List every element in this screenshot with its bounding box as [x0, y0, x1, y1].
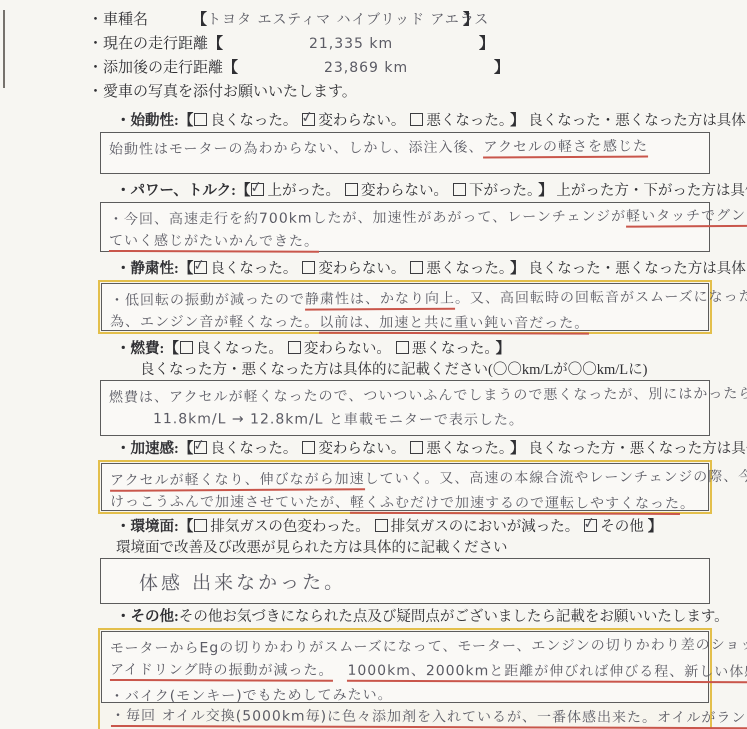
close-bracket: 】 — [494, 60, 509, 76]
handwritten-segment: 体感 出来なかった。 — [139, 571, 346, 594]
field-row-car-model: ・車種名【トヨタ エスティマ ハイブリッド アエラス】 — [88, 8, 713, 32]
section-label: ・加速感: — [116, 441, 179, 457]
handwritten-line: モーターからEgの切りかわりがスムーズになって、モーター、エンジンの切りかわり差… — [110, 633, 700, 661]
inline-note: 良くなった方・悪くなった方は具体的に記載ください。 — [528, 441, 747, 457]
field-label: ・添加後の走行距離 — [88, 56, 223, 80]
checkbox-option: 良くなった。 — [193, 113, 297, 129]
response-box: ・今回、高速走行を約700kmしたが、加速性があがって、レーンチェンジが軽いタッ… — [100, 202, 710, 252]
checkbox-icon — [584, 519, 597, 532]
handwritten-line: 11.8km/L → 12.8km/L と車載モニターで表示した。 — [109, 407, 701, 433]
note-below: 良くなった方・悪くなった方は具体的に記載ください(〇〇km/Lが〇〇km/Lに) — [88, 360, 713, 380]
handwritten-segment: 始動性はモーターの為わからない、しかし、添注入後、 — [109, 140, 484, 158]
inline-note: 良くなった・悪くなった方は具体的に記載ください — [528, 261, 747, 277]
handwritten-line: ていく感じがたいかんできた。 — [109, 229, 701, 255]
checkbox-option: 上がった。 — [250, 183, 340, 199]
handwritten-line: 燃費は、アクセルが軽くなったので、ついついふんでしまうので悪くなったが、別にはか… — [109, 382, 701, 410]
handwritten-segment: 燃費は、アクセルが軽くなったので、ついついふんでしまうので悪くなったが、別にはか… — [109, 386, 747, 406]
handwritten-segment: けっこうふんで加速させていたが、 — [110, 494, 350, 511]
section-title: ・始動性:【良くなった。変わらない。悪くなった。】 良くなった・悪くなった方は具… — [88, 110, 713, 132]
section-title: ・環境面:【排気ガスの色変わった。排気ガスのにおいが減った。その他】 — [88, 516, 713, 538]
highlight-box: モーターからEgの切りかわりがスムーズになって、モーター、エンジンの切りかわり差… — [98, 628, 712, 729]
section-label: ・その他: — [116, 609, 179, 625]
handwritten-segment: モーターからEgの切りかわりがスムーズになって、モーター、エンジンの切りかわり差… — [110, 636, 747, 656]
handwritten-line: 始動性はモーターの為わからない、しかし、添注入後、アクセルの軽さを感じた — [109, 134, 701, 162]
checkbox-icon — [410, 113, 423, 126]
checkbox-option: その他 — [583, 519, 644, 535]
photo-request-note: ・愛車の写真を添付お願いいたします。 — [88, 80, 713, 104]
section-label: ・静粛性: — [116, 261, 179, 277]
handwritten-segment-underlined: アクセルが軽くなり、伸びながら加速 — [110, 471, 365, 492]
checkbox-option: 変わらない。 — [301, 261, 405, 277]
handwritten-segment-underlined: アクセルの軽さを感じた — [483, 139, 648, 159]
checkbox-icon — [375, 519, 388, 532]
close-bracket: 】 — [463, 12, 478, 28]
highlight-box: ・低回転の振動が減ったので静粛性は、かなり向上。又、高回転時の回転音がスムーズに… — [98, 280, 712, 334]
response-box: 始動性はモーターの為わからない、しかし、添注入後、アクセルの軽さを感じた — [100, 132, 710, 174]
handwritten-line: ・今回、高速走行を約700kmしたが、加速性があがって、レーンチェンジが軽いタッ… — [109, 204, 701, 232]
checkbox-option: 悪くなった。 — [409, 441, 506, 457]
response-box: ・低回転の振動が減ったので静粛性は、かなり向上。又、高回転時の回転音がスムーズに… — [101, 283, 709, 331]
checkbox-icon — [302, 441, 315, 454]
checkbox-icon — [194, 113, 207, 126]
checkbox-option: 変わらない。 — [301, 113, 405, 129]
handwritten-line: アイドリング時の振動が減った。1000km、2000kmと距離が伸びれば伸びる程… — [110, 658, 700, 684]
open-bracket: 【 — [192, 12, 207, 28]
field-label: ・車種名 — [88, 8, 192, 32]
checkbox-option: 悪くなった。 — [409, 113, 506, 129]
section-acceleration: ・加速感:【良くなった。変わらない。悪くなった。】 良くなった方・悪くなった方は… — [88, 438, 713, 514]
field-value-handwritten: 21,335 km — [223, 32, 479, 56]
handwritten-segment: 。又、高回転時の回転音がスムーズになった — [455, 289, 747, 307]
field-value-handwritten: トヨタ エスティマ ハイブリッド アエラス — [207, 8, 463, 32]
section-title: ・静粛性:【良くなった。変わらない。悪くなった。】 良くなった・悪くなった方は具… — [88, 258, 713, 280]
checkbox-option: 変わらない。 — [287, 341, 391, 357]
checkbox-icon — [345, 183, 358, 196]
inline-note: 良くなった・悪くなった方は具体的に記載ください — [528, 113, 747, 129]
questionnaire-sheet: ・車種名【トヨタ エスティマ ハイブリッド アエラス】 ・現在の走行距離【21,… — [0, 0, 747, 729]
checkbox-icon — [194, 261, 207, 274]
checkbox-option: 変わらない。 — [344, 183, 448, 199]
section-fuel-economy: ・燃費:【良くなった。変わらない。悪くなった。】 良くなった方・悪くなった方は具… — [88, 338, 713, 436]
checkbox-option: 排気ガスの色変わった。 — [193, 519, 369, 535]
checkbox-icon — [396, 341, 409, 354]
handwritten-segment-underlined: 静粛性は、かなり向上 — [305, 291, 455, 311]
section-power-torque: ・パワー、トルク:【上がった。変わらない。下がった。】 上がった方・下がった方は… — [88, 180, 713, 252]
handwritten-line-outside-box: ・毎回 オイル交換(5000km毎)に色々添加剤を入れているが、一番体感出来た。… — [101, 702, 709, 729]
checkbox-icon — [194, 441, 207, 454]
response-box: モーターからEgの切りかわりがスムーズになって、モーター、エンジンの切りかわり差… — [101, 631, 709, 703]
handwritten-segment: ・今回、高速走行を約700kmしたが、加速性があがって、レーンチェンジが — [109, 209, 626, 228]
section-title: ・燃費:【良くなった。変わらない。悪くなった。】 — [88, 338, 713, 360]
inline-note: その他お気づきになられた点及び疑問点がございましたら記載をお願いいたします。 — [179, 609, 729, 625]
checkbox-icon — [194, 519, 207, 532]
checkbox-icon — [288, 341, 301, 354]
scan-edge-artifact — [3, 10, 5, 88]
section-startability: ・始動性:【良くなった。変わらない。悪くなった。】 良くなった・悪くなった方は具… — [88, 110, 713, 174]
field-row-current-mileage: ・現在の走行距離【21,335 km】 — [88, 32, 713, 56]
response-box: 燃費は、アクセルが軽くなったので、ついついふんでしまうので悪くなったが、別にはか… — [100, 380, 710, 436]
checkbox-icon — [410, 261, 423, 274]
handwritten-segment-underlined: アイドリング時の振動が減った。 — [110, 662, 334, 682]
handwritten-line: アクセルが軽くなり、伸びながら加速していく。又、高速の本線合流やレーンチェンジの… — [110, 465, 700, 493]
section-other: ・その他:その他お気づきになられた点及び疑問点がございましたら記載をお願いいたし… — [88, 606, 713, 729]
section-label: ・燃費: — [116, 341, 164, 357]
section-label: ・パワー、トルク: — [116, 183, 236, 199]
checkbox-icon — [410, 441, 423, 454]
checkbox-icon — [180, 341, 193, 354]
field-row-after-mileage: ・添加後の走行距離【23,869 km】 — [88, 56, 713, 80]
handwritten-line: 体感 出来なかった。 — [109, 560, 701, 604]
section-label: ・始動性: — [116, 113, 179, 129]
response-box: 体感 出来なかった。 — [100, 558, 710, 604]
checkbox-option: 良くなった。 — [193, 441, 297, 457]
checkbox-option: 排気ガスのにおいが減った。 — [374, 519, 580, 535]
handwritten-line: 為、エンジン音が軽くなった。以前は、加速と共に重い鈍い音だった。 — [110, 310, 700, 336]
checkbox-icon — [302, 113, 315, 126]
highlight-box: アクセルが軽くなり、伸びながら加速していく。又、高速の本線合流やレーンチェンジの… — [98, 460, 712, 514]
note-below: 環境面で改善及び改悪が見られた方は具体的に記載ください — [88, 538, 713, 558]
checkbox-icon — [251, 183, 264, 196]
section-title: ・その他:その他お気づきになられた点及び疑問点がございましたら記載をお願いいたし… — [88, 606, 713, 628]
checkbox-option: 悪くなった。 — [409, 261, 506, 277]
handwritten-line: けっこうふんで加速させていたが、軽くふむだけで加速するので運転しやすくなった。 — [110, 490, 700, 516]
checkbox-icon — [302, 261, 315, 274]
field-label: ・現在の走行距離 — [88, 32, 208, 56]
handwritten-segment-underlined: 軽いタッチでグングンのぼっ — [626, 207, 747, 227]
section-title: ・加速感:【良くなった。変わらない。悪くなった。】 良くなった方・悪くなった方は… — [88, 438, 713, 460]
section-quietness: ・静粛性:【良くなった。変わらない。悪くなった。】 良くなった・悪くなった方は具… — [88, 258, 713, 334]
field-value-handwritten: 23,869 km — [238, 56, 494, 80]
checkbox-option: 悪くなった。 — [395, 341, 492, 357]
open-bracket: 【 — [208, 36, 223, 52]
section-title: ・パワー、トルク:【上がった。変わらない。下がった。】 上がった方・下がった方は… — [88, 180, 713, 202]
handwritten-segment-underlined: 軽くふむだけで加速するので運転しやすくなった — [350, 495, 680, 515]
checkbox-option: 下がった。 — [452, 183, 534, 199]
handwritten-segment: 11.8km/L → 12.8km/L と車載モニターで表示した。 — [153, 411, 524, 428]
handwritten-segment: ・低回転の振動が減ったので — [110, 292, 305, 309]
section-label: ・環境面: — [116, 519, 179, 535]
section-environment: ・環境面:【排気ガスの色変わった。排気ガスのにおいが減った。その他】 環境面で改… — [88, 516, 713, 604]
inline-note: 上がった方・下がった方は具体的に記載ください — [556, 183, 747, 199]
handwritten-segment: 。 — [680, 496, 695, 512]
checkbox-option: 良くなった。 — [193, 261, 297, 277]
handwritten-line: ・低回転の振動が減ったので静粛性は、かなり向上。又、高回転時の回転音がスムーズに… — [110, 285, 700, 313]
checkbox-option: 変わらない。 — [301, 441, 405, 457]
handwritten-segment-underlined: ・毎回 オイル交換(5000km毎)に色々添加剤を入れているが、一番体感出来た。… — [111, 708, 747, 729]
handwritten-segment-underlined: ていく感じがたいかんできた。 — [109, 233, 319, 253]
checkbox-icon — [453, 183, 466, 196]
close-bracket: 】 — [479, 36, 494, 52]
handwritten-segment: 為、エンジン音が軽くなった。 — [110, 314, 319, 331]
response-box: アクセルが軽くなり、伸びながら加速していく。又、高速の本線合流やレーンチェンジの… — [101, 463, 709, 511]
handwritten-segment: していく。又、高速の本線合流やレーンチェンジの際、今までは、 — [365, 469, 747, 488]
open-bracket: 【 — [223, 60, 238, 76]
checkbox-option: 良くなった。 — [179, 341, 283, 357]
handwritten-segment-underlined: 以前は、加速と共に重い鈍い音だった。 — [319, 315, 589, 335]
